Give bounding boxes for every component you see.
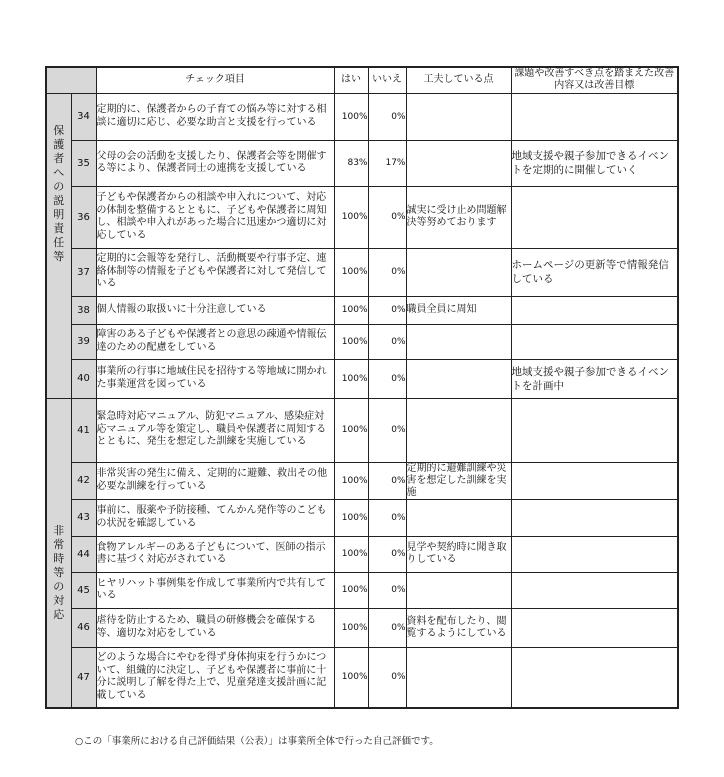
corner-cell xyxy=(46,67,96,93)
improvement-text xyxy=(511,398,678,462)
table-row: 47どのような場合にやむを得ず身体拘束を行うかについて、組織的に決定し、子どもや… xyxy=(46,647,678,708)
no-percent: 0% xyxy=(368,536,406,572)
check-item-text: 障害のある子どもや保護者との意思の疎通や情報伝達のための配慮をしている xyxy=(96,324,334,359)
no-percent: 0% xyxy=(368,499,406,536)
table-row: 非常時等の対応41緊急時対応マニュアル、防犯マニュアル、感染症対応マニュアル等を… xyxy=(46,398,678,462)
yes-percent: 100% xyxy=(334,499,368,536)
table-row: 45ヒヤリハット事例集を作成して事業所内で共有している100%0% xyxy=(46,572,678,608)
item-number: 43 xyxy=(71,499,96,536)
item-number: 42 xyxy=(71,462,96,499)
efforts-text: 定期的に避難訓練や災害を想定した訓練を実施 xyxy=(406,462,511,499)
no-percent: 0% xyxy=(368,186,406,248)
table-row: 44食物アレルギーのある子どもについて、医師の指示書に基づく対応がされている10… xyxy=(46,536,678,572)
check-item-text: 子どもや保護者からの相談や申入れについて、対応の体制を整備するとともに、子どもや… xyxy=(96,186,334,248)
item-number: 40 xyxy=(71,359,96,398)
check-item-text: 虐待を防止するため、職員の研修機会を確保する等、適切な対応をしている xyxy=(96,608,334,647)
table-row: 46虐待を防止するため、職員の研修機会を確保する等、適切な対応をしている100%… xyxy=(46,608,678,647)
item-number: 44 xyxy=(71,536,96,572)
yes-percent: 100% xyxy=(334,398,368,462)
check-item-text: 緊急時対応マニュアル、防犯マニュアル、感染症対応マニュアル等を策定し、職員や保護… xyxy=(96,398,334,462)
efforts-text xyxy=(406,359,511,398)
no-percent: 0% xyxy=(368,398,406,462)
no-percent: 0% xyxy=(368,608,406,647)
improvement-text: 地域支援や親子参加できるイベントを定期的に開催していく xyxy=(511,140,678,186)
item-number: 45 xyxy=(71,572,96,608)
efforts-text xyxy=(406,647,511,708)
efforts-text xyxy=(406,248,511,296)
no-percent: 0% xyxy=(368,572,406,608)
item-number: 46 xyxy=(71,608,96,647)
yes-percent: 100% xyxy=(334,462,368,499)
check-item-text: どのような場合にやむを得ず身体拘束を行うかについて、組織的に決定し、子どもや保護… xyxy=(96,647,334,708)
item-number: 35 xyxy=(71,140,96,186)
improvement-text xyxy=(511,93,678,140)
efforts-text xyxy=(406,572,511,608)
header-efforts: 工夫している点 xyxy=(406,67,511,93)
check-item-text: 食物アレルギーのある子どもについて、医師の指示書に基づく対応がされている xyxy=(96,536,334,572)
yes-percent: 100% xyxy=(334,324,368,359)
item-number: 39 xyxy=(71,324,96,359)
check-item-text: 父母の会の活動を支援したり、保護者会等を開催する等により、保護者同士の連携を支援… xyxy=(96,140,334,186)
item-number: 36 xyxy=(71,186,96,248)
no-percent: 0% xyxy=(368,93,406,140)
yes-percent: 100% xyxy=(334,536,368,572)
item-number: 38 xyxy=(71,296,96,324)
check-item-text: 個人情報の取扱いに十分注意している xyxy=(96,296,334,324)
table-row: 40事業所の行事に地域住民を招待する等地域に開かれた事業運営を図っている100%… xyxy=(46,359,678,398)
table-row: 保護者への説明責任等34定期的に、保護者からの子育ての悩み等に対する相談に適切に… xyxy=(46,93,678,140)
header-improvement: 課題や改善すべき点を踏まえた改善内容又は改善目標 xyxy=(511,67,678,93)
category-label: 非常時等の対応 xyxy=(53,524,65,622)
efforts-text: 資料を配布したり、閲覧するようにしている xyxy=(406,608,511,647)
efforts-text: 誠実に受け止め問題解決等努めております xyxy=(406,186,511,248)
check-item-text: 事前に、服薬や予防接種、てんかん発作等のこどもの状況を確認している xyxy=(96,499,334,536)
improvement-text xyxy=(511,572,678,608)
improvement-text: 地域支援や親子参加できるイベントを計画中 xyxy=(511,359,678,398)
check-item-text: 非常災害の発生に備え、定期的に避難、救出その他必要な訓練を行っている xyxy=(96,462,334,499)
header-check-item: チェック項目 xyxy=(96,67,334,93)
check-item-text: 定期的に、保護者からの子育ての悩み等に対する相談に適切に応じ、必要な助言と支援を… xyxy=(96,93,334,140)
table-row: 38個人情報の取扱いに十分注意している100%0%職員全員に周知 xyxy=(46,296,678,324)
yes-percent: 100% xyxy=(334,186,368,248)
check-item-text: 事業所の行事に地域住民を招待する等地域に開かれた事業運営を図っている xyxy=(96,359,334,398)
check-item-text: 定期的に会報等を発行し、活動概要や行事予定、連絡体制等の情報を子どもや保護者に対… xyxy=(96,248,334,296)
yes-percent: 100% xyxy=(334,359,368,398)
category-label: 保護者への説明責任等 xyxy=(53,124,65,264)
item-number: 41 xyxy=(71,398,96,462)
improvement-text xyxy=(511,296,678,324)
item-number: 37 xyxy=(71,248,96,296)
efforts-text xyxy=(406,140,511,186)
table-row: 35父母の会の活動を支援したり、保護者会等を開催する等により、保護者同士の連携を… xyxy=(46,140,678,186)
efforts-text: 見学や契約時に聞き取りしている xyxy=(406,536,511,572)
no-percent: 0% xyxy=(368,462,406,499)
improvement-text xyxy=(511,536,678,572)
efforts-text xyxy=(406,93,511,140)
improvement-text xyxy=(511,186,678,248)
improvement-text xyxy=(511,324,678,359)
yes-percent: 100% xyxy=(334,572,368,608)
yes-percent: 100% xyxy=(334,248,368,296)
efforts-text: 職員全員に周知 xyxy=(406,296,511,324)
self-evaluation-table: チェック項目 はい いいえ 工夫している点 課題や改善すべき点を踏まえた改善内容… xyxy=(45,66,679,709)
efforts-text xyxy=(406,398,511,462)
category-cell: 非常時等の対応 xyxy=(46,398,71,708)
improvement-text: ホームページの更新等で情報発信している xyxy=(511,248,678,296)
no-percent: 0% xyxy=(368,359,406,398)
yes-percent: 100% xyxy=(334,608,368,647)
table-row: 43事前に、服薬や予防接種、てんかん発作等のこどもの状況を確認している100%0… xyxy=(46,499,678,536)
check-item-text: ヒヤリハット事例集を作成して事業所内で共有している xyxy=(96,572,334,608)
no-percent: 17% xyxy=(368,140,406,186)
improvement-text xyxy=(511,499,678,536)
yes-percent: 100% xyxy=(334,647,368,708)
improvement-text xyxy=(511,462,678,499)
item-number: 47 xyxy=(71,647,96,708)
yes-percent: 83% xyxy=(334,140,368,186)
header-no: いいえ xyxy=(368,67,406,93)
improvement-text xyxy=(511,647,678,708)
table-row: 42非常災害の発生に備え、定期的に避難、救出その他必要な訓練を行っている100%… xyxy=(46,462,678,499)
yes-percent: 100% xyxy=(334,93,368,140)
category-cell: 保護者への説明責任等 xyxy=(46,93,71,398)
footer-note: ○この「事業所における自己評価結果（公表）」は事業所全体で行った自己評価です。 xyxy=(75,733,439,747)
no-percent: 0% xyxy=(368,248,406,296)
table-row: 36子どもや保護者からの相談や申入れについて、対応の体制を整備するとともに、子ど… xyxy=(46,186,678,248)
table-row: 37定期的に会報等を発行し、活動概要や行事予定、連絡体制等の情報を子どもや保護者… xyxy=(46,248,678,296)
table-row: 39障害のある子どもや保護者との意思の疎通や情報伝達のための配慮をしている100… xyxy=(46,324,678,359)
header-yes: はい xyxy=(334,67,368,93)
no-percent: 0% xyxy=(368,647,406,708)
efforts-text xyxy=(406,499,511,536)
improvement-text xyxy=(511,608,678,647)
yes-percent: 100% xyxy=(334,296,368,324)
no-percent: 0% xyxy=(368,296,406,324)
no-percent: 0% xyxy=(368,324,406,359)
efforts-text xyxy=(406,324,511,359)
header-row: チェック項目 はい いいえ 工夫している点 課題や改善すべき点を踏まえた改善内容… xyxy=(46,67,678,93)
item-number: 34 xyxy=(71,93,96,140)
